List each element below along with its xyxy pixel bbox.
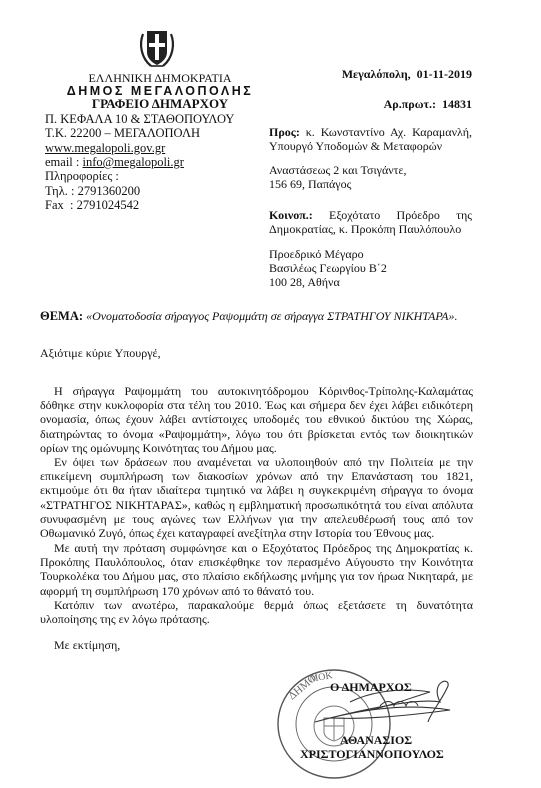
email-row: email : info@megalopoli.gr — [45, 155, 184, 169]
recipient-address-2: 156 69, Παπάγος — [269, 177, 472, 191]
email-label: email : — [45, 155, 83, 169]
recipient-title: Υπουργό Υποδομών & Μεταφορών — [269, 139, 472, 153]
signatory-title: Ο ΔΗΜΑΡΧΟΣ — [330, 680, 412, 695]
fax-number: Fax : 2791024542 — [45, 198, 139, 212]
country-name: ΕΛΛΗΝΙΚΗ ΔΗΜΟΚΡΑΤΙΑ — [60, 71, 260, 85]
subject-label: ΘΕΜΑ: — [40, 309, 83, 323]
greek-coat-of-arms-icon — [137, 26, 177, 72]
place-date: Μεγαλόπολη, 01-11-2019 — [342, 67, 472, 82]
body-paragraph-1: Η σήραγγα Ραψομμάτη του αυτοκινητόδρομου… — [40, 384, 473, 455]
office-name: ΓΡΑΦΕΙΟ ΔΗΜΑΡΧΟΥ — [60, 97, 260, 111]
subject-text: «Ονοματοδοσία σήραγγος Ραψομμάτη σε σήρα… — [83, 309, 457, 323]
cc-label: Κοινοπ.: — [269, 208, 313, 222]
address-line-2: Τ.Κ. 22200 – ΜΕΓΑΛΟΠΟΛΗ — [45, 126, 200, 140]
closing: Με εκτίμηση, — [54, 638, 120, 653]
cc-title: Δημοκρατίας, κ. Προκόπη Παυλόπουλο — [269, 222, 472, 236]
cc-line1: Κοινοπ.: Εξοχότατο Πρόεδρο της — [269, 208, 472, 222]
salutation: Αξιότιμε κύριε Υπουργέ, — [40, 346, 161, 361]
protocol-number: Αρ.πρωτ.: 14831 — [384, 97, 472, 112]
body-paragraph-3: Με αυτή την πρόταση συμφώνησε και ο Εξοχ… — [40, 541, 473, 598]
body-paragraph-2: Εν όψει των δράσεων που αναμένεται να υλ… — [40, 455, 473, 540]
signatory-first-name: ΑΘΑΝΑΣΙΟΣ — [340, 733, 412, 748]
body-paragraph-4: Κατόπιν των ανωτέρω, παρακαλούμε θερμά ό… — [40, 598, 473, 626]
info-label: Πληροφορίες : — [45, 169, 119, 183]
cc-address-2: Βασιλέως Γεωργίου Β΄2 — [269, 261, 472, 275]
cc-address-1: Προεδρικό Μέγαρο — [269, 247, 472, 261]
signatory-last-name: ΧΡΙΣΤΟΓΙΑΝΝΟΠΟΥΛΟΣ — [300, 747, 444, 762]
cc-recipient: Εξοχότατο Πρόεδρο της — [313, 208, 472, 222]
website-link[interactable]: www.megalopoli.gov.gr — [45, 141, 165, 155]
recipient-name: κ. Κωνσταντίνο Αχ. Καραμανλή, — [300, 125, 472, 139]
to-label: Προς: — [269, 125, 300, 139]
address-line-1: Π. ΚΕΦΑΛΑ 10 & ΣΤΑΘΟΠΟΥΛΟΥ — [45, 112, 234, 126]
cc-address-3: 100 28, Αθήνα — [269, 275, 472, 289]
phone-number: Τηλ. : 2791360200 — [45, 184, 140, 198]
recipient-to-line1: Προς: κ. Κωνσταντίνο Αχ. Καραμανλή, — [269, 125, 472, 139]
recipient-address-1: Αναστάσεως 2 και Τσιγάντε, — [269, 163, 472, 177]
subject-line: ΘΕΜΑ: «Ονοματοδοσία σήραγγος Ραψομμάτη σ… — [40, 309, 457, 324]
email-link[interactable]: info@megalopoli.gr — [83, 155, 184, 169]
